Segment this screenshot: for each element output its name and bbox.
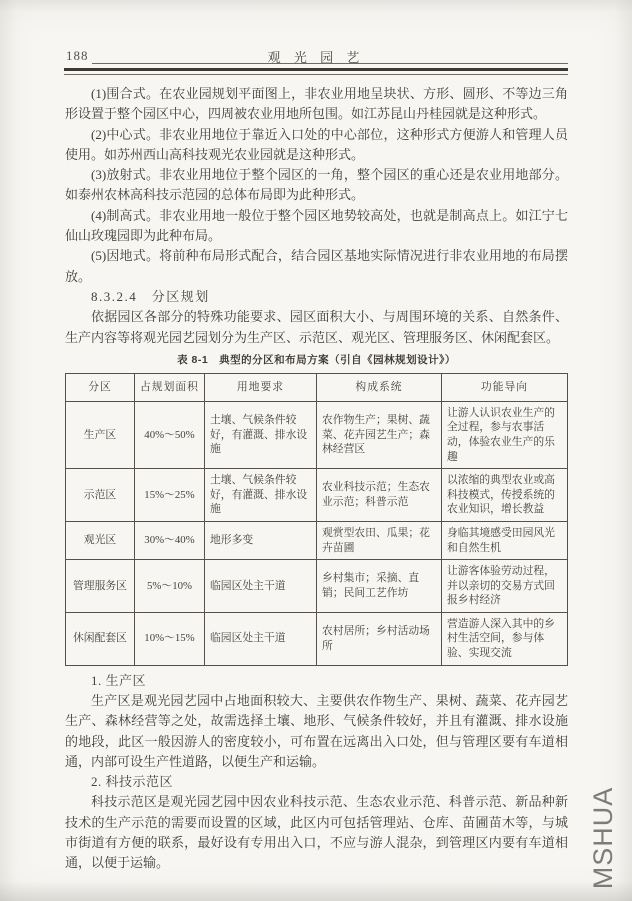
paragraph-layout-type-3: (3)放射式。非农业用地位于整个园区的一角，整个园区的重心还是农业用地部分。如泰… xyxy=(65,165,568,206)
table-row: 观光区 30%～40% 地形多变 观赏型农田、瓜果；花卉苗圃 身临其境感受田园风… xyxy=(66,521,568,559)
cell-function: 营造游人深入其中的乡村生活空间，参与体验、实现交流 xyxy=(442,612,568,665)
cell-composition: 观赏型农田、瓜果；花卉苗圃 xyxy=(317,521,442,559)
subsection-paragraph-tech-demo-zone: 科技示范区是观光园艺园中因农业科技示范、生态农业示范、科普示范、新品种新技术的生… xyxy=(65,792,568,873)
cell-land-requirement: 地形多变 xyxy=(205,521,317,559)
page-body: (1)围合式。在农业园规划平面图上，非农业用地呈块状、方形、圆形、不等边三角形设… xyxy=(65,84,568,874)
cell-zone: 休闲配套区 xyxy=(66,612,135,665)
cell-area-share: 30%～40% xyxy=(135,521,205,559)
cell-function: 让游客体验劳动过程，并以亲切的交易方式回报乡村经济 xyxy=(442,560,568,613)
subsection-heading-production-zone: 1. 生产区 xyxy=(65,671,568,691)
cell-composition: 农作物生产；果树、蔬菜、花卉园艺生产；森林经营区 xyxy=(317,401,442,468)
paragraph-layout-type-4: (4)制高式。非农业用地一般位于整个园区地势较高处，也就是制高点上。如江宁七仙山… xyxy=(65,206,568,247)
col-header-composition: 构成系统 xyxy=(317,374,442,402)
cell-land-requirement: 临园区处主干道 xyxy=(205,560,317,613)
header-rule-thick xyxy=(64,68,568,71)
cell-land-requirement: 土壤、气候条件较好，有灌溉、排水设施 xyxy=(205,401,317,468)
table-row: 管理服务区 5%～10% 临园区处主干道 乡村集市；采摘、直销；民间工艺作坊 让… xyxy=(66,560,568,613)
cell-area-share: 15%～25% xyxy=(135,469,205,522)
cell-land-requirement: 土壤、气候条件较好，有灌溉、排水设施 xyxy=(205,469,317,522)
cell-composition: 乡村集市；采摘、直销；民间工艺作坊 xyxy=(317,560,442,613)
zoning-table: 分区 占规划面积 用地要求 构成系统 功能导向 生产区 40%～50% 土壤、气… xyxy=(65,373,568,666)
cell-composition: 农村居所；乡村活动场所 xyxy=(317,612,442,665)
subsection-paragraph-production-zone: 生产区是观光园艺园中占地面积较大、主要供农作物生产、果树、蔬菜、花卉园艺生产、森… xyxy=(65,691,568,772)
col-header-zone: 分区 xyxy=(66,374,135,402)
subsection-heading-tech-demo-zone: 2. 科技示范区 xyxy=(65,772,568,792)
cell-area-share: 10%～15% xyxy=(135,612,205,665)
col-header-land-requirement: 用地要求 xyxy=(205,374,317,402)
col-header-function: 功能导向 xyxy=(442,374,568,402)
section-heading-8324: 8.3.2.4 分区规划 xyxy=(65,287,568,307)
table-row: 示范区 15%～25% 土壤、气候条件较好，有灌溉、排水设施 农业科技示范；生态… xyxy=(66,469,568,522)
table-caption: 表 8-1 典型的分区和布局方案（引自《园林规划设计》） xyxy=(65,350,568,370)
paragraph-layout-type-2: (2)中心式。非农业用地位于靠近入口处的中心部位，这种形式方便游人和管理人员使用… xyxy=(65,125,568,166)
table-row: 休闲配套区 10%～15% 临园区处主干道 农村居所；乡村活动场所 营造游人深入… xyxy=(66,612,568,665)
paragraph-layout-type-5: (5)因地式。将前种布局形式配合，结合园区基地实际情况进行非农业用地的布局摆放。 xyxy=(65,246,568,287)
header-rule-thin-top xyxy=(92,63,568,64)
table-row: 生产区 40%～50% 土壤、气候条件较好，有灌溉、排水设施 农作物生产；果树、… xyxy=(66,401,568,468)
cell-area-share: 40%～50% xyxy=(135,401,205,468)
cell-area-share: 5%～10% xyxy=(135,560,205,613)
cell-function: 以浓缩的典型农业或高科技模式，传授系统的农业知识，增长教益 xyxy=(442,469,568,522)
cell-function: 让游人认识农业生产的全过程，参与农事活动，体验农业生产的乐趣 xyxy=(442,401,568,468)
cell-function: 身临其境感受田园风光和自然生机 xyxy=(442,521,568,559)
cell-zone: 示范区 xyxy=(66,469,135,522)
paragraph-layout-type-1: (1)围合式。在农业园规划平面图上，非农业用地呈块状、方形、圆形、不等边三角形设… xyxy=(65,84,568,125)
watermark-text: MSHUA xyxy=(588,786,620,890)
cell-composition: 农业科技示范；生态农业示范；科普示范 xyxy=(317,469,442,522)
cell-zone: 观光区 xyxy=(66,521,135,559)
table-header-row: 分区 占规划面积 用地要求 构成系统 功能导向 xyxy=(66,374,568,402)
section-intro-paragraph: 依据园区各部分的特殊功能要求、园区面积大小、与周围环境的关系、自然条件、生产内容… xyxy=(65,307,568,348)
cell-zone: 管理服务区 xyxy=(66,560,135,613)
cell-land-requirement: 临园区处主干道 xyxy=(205,612,317,665)
header-rule-thin-bottom xyxy=(64,74,568,75)
scanned-book-page: 188 观 光 园 艺 (1)围合式。在农业园规划平面图上，非农业用地呈块状、方… xyxy=(0,0,632,901)
cell-zone: 生产区 xyxy=(66,401,135,468)
col-header-area-share: 占规划面积 xyxy=(135,374,205,402)
